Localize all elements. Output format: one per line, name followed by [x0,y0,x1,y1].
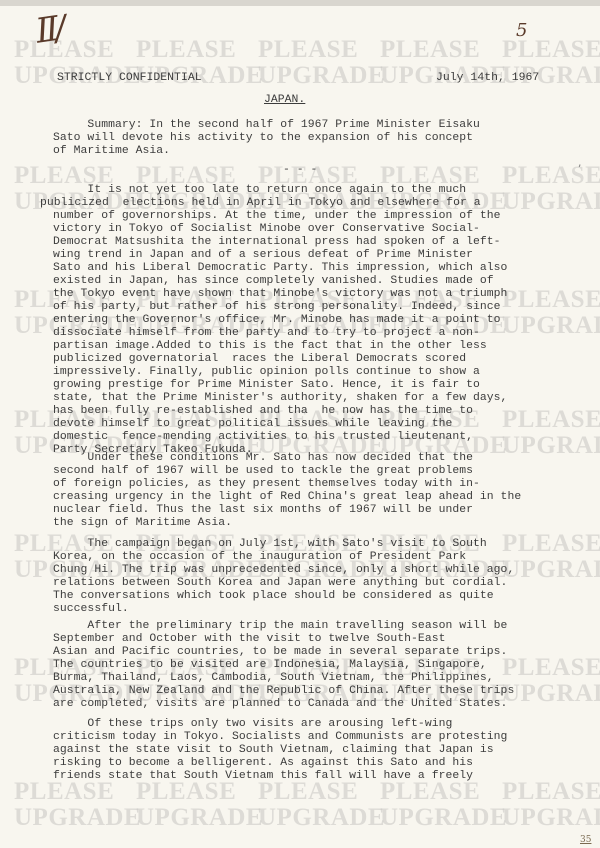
paragraph-line: the sign of Maritime Asia. [53,517,232,529]
paragraph-line: are completed, visits are planned to Can… [53,698,507,710]
paragraph-line: The countries to be visited are Indonesi… [53,659,487,671]
handwritten-page-number: 5 [516,20,527,41]
paragraph-line: wing trend in Japan and of a serious def… [53,249,473,261]
classification-label: STRICTLY CONFIDENTIAL [57,72,202,84]
margin-tick-mark: ’ [578,164,581,175]
summary-line: Summary: In the second half of 1967 Prim… [53,119,480,131]
paragraph-line: Burma, Thailand, Laos, Cambodia, South V… [53,672,494,684]
paragraph-line: friends state that South Vietnam this fa… [53,770,473,782]
document-date: July 14th, 1967 [436,72,539,84]
paragraph-line: risking to become a belligerent. As agai… [53,757,473,769]
paragraph-line: victory in Tokyo of Socialist Minobe ove… [53,223,480,235]
paragraph-line: Korea, on the occasion of the inaugurati… [53,551,466,563]
paragraph-line: impressively. Finally, public opinion po… [53,366,480,378]
paragraph-line: dissociate himself from the party and to… [53,327,480,339]
paragraph-line: publicized elections held in April in To… [40,197,481,209]
paragraph-line: It is not yet too late to return once ag… [53,184,466,196]
paragraph-line: devote himself to great political issues… [53,418,452,430]
paragraph-line: Of these trips only two visits are arous… [53,718,452,730]
paragraph-line: relations between South Korea and Japan … [53,577,507,589]
handwritten-footer-mark: 35 [580,835,591,845]
paragraph-line: Australia, New Zealand and the Republic … [53,685,514,697]
paragraph-line: of foreign policies, as they present the… [53,478,480,490]
handwritten-initial-mark: II/ [33,8,65,51]
paragraph-line: The campaign began on July 1st, with Sat… [53,538,487,550]
paragraph-line: nuclear field. Thus the last six months … [53,504,473,516]
paragraph-line: domestic fence-mending activities to his… [53,431,473,443]
paragraph-line: entering the Governor's office, Mr. Mino… [53,314,501,326]
paragraph-line: September and October with the visit to … [53,633,445,645]
paragraph-line: state, that the Prime Minister's authori… [53,392,507,404]
document-body: II/ 5 ’ 35 STRICTLY CONFIDENTIAL July 14… [0,6,600,848]
paragraph-line: criticism today in Tokyo. Socialists and… [53,731,507,743]
paragraph-line: publicized governatorial races the Liber… [53,353,466,365]
section-separator: - - - [283,164,317,176]
summary-line: Sato will devote his activity to the exp… [53,132,473,144]
paragraph-line: successful. [53,603,129,615]
paragraph-line: has been fully re-established and tha he… [53,405,473,417]
paragraph-line: the Tokyo event have shown that Minobe's… [53,288,507,300]
document-title: JAPAN. [264,94,305,106]
paragraph-line: The conversations which took place shoul… [53,590,494,602]
paragraph-line: Chung Hi. The trip was unprecedented sin… [53,564,514,576]
paragraph-line: After the preliminary trip the main trav… [53,620,507,632]
paragraph-line: of his party, but rather of his strong p… [53,301,501,313]
paragraph-line: number of governorships. At the time, un… [53,210,501,222]
paragraph-line: creasing urgency in the light of Red Chi… [53,491,521,503]
paragraph-line: existed in Japan, has since completely v… [53,275,494,287]
paragraph-line: partisan image.Added to this is the fact… [53,340,487,352]
paragraph-line: Democrat Matsushita the international pr… [53,236,501,248]
summary-line: of Maritime Asia. [53,145,170,157]
document-page: PLEASEPLEASEPLEASEPLEASEPLEASE UPGRADEUP… [0,6,600,848]
paragraph-line: against the state visit to South Vietnam… [53,744,494,756]
paragraph-line: Sato and his Liberal Democratic Party. T… [53,262,507,274]
paragraph-line: Asian and Pacific countries, to be made … [53,646,507,658]
paragraph-line: Under these conditions Mr. Sato has now … [53,452,473,464]
paragraph-line: second half of 1967 will be used to tack… [53,465,473,477]
paragraph-line: growing prestige for Prime Minister Sato… [53,379,480,391]
